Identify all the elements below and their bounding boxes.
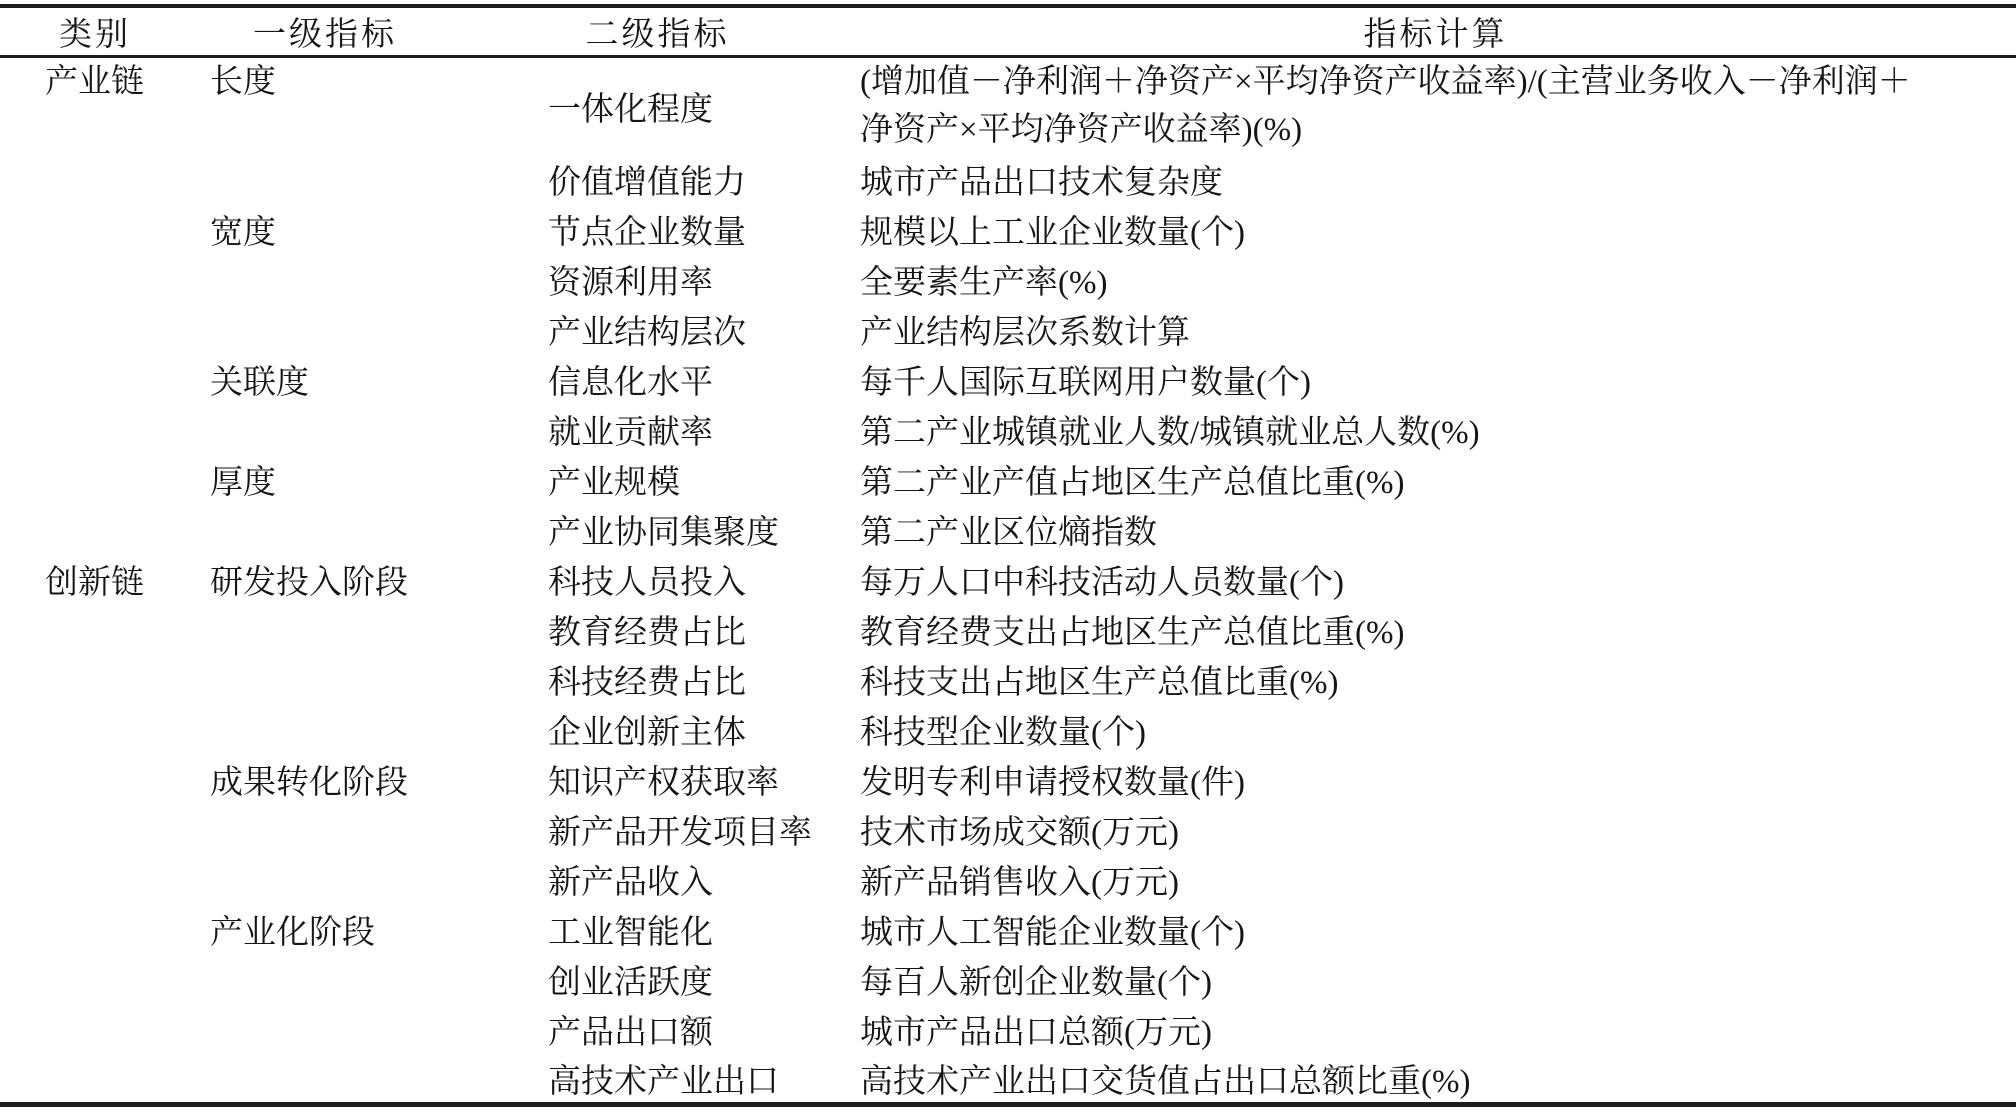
level2-cell: 产业规模 <box>460 455 855 505</box>
calculation-cell: 第二产业城镇就业人数/城镇就业总人数(%) <box>855 405 2016 455</box>
calculation-cell: 发明专利申请授权数量(件) <box>855 755 2016 805</box>
level2-cell: 价值增值能力 <box>460 155 855 205</box>
category-cell: 创新链 <box>0 555 190 605</box>
category-cell <box>0 855 190 905</box>
category-cell <box>0 305 190 355</box>
level2-cell: 节点企业数量 <box>460 205 855 255</box>
level1-cell <box>190 505 460 555</box>
category-cell <box>0 1005 190 1055</box>
category-cell <box>0 755 190 805</box>
table-row: 产业链 长度 一体化程度 (增加值－净利润＋净资产×平均净资产收益率)/(主营业… <box>0 57 2016 155</box>
level2-cell: 就业贡献率 <box>460 405 855 455</box>
category-cell <box>0 255 190 305</box>
level1-cell: 关联度 <box>190 355 460 405</box>
calculation-cell: 高技术产业出口交货值占出口总额比重(%) <box>855 1055 2016 1105</box>
level1-cell <box>190 805 460 855</box>
table-row: 创新链 研发投入阶段 科技人员投入 每万人口中科技活动人员数量(个) <box>0 555 2016 605</box>
calculation-cell: 第二产业产值占地区生产总值比重(%) <box>855 455 2016 505</box>
level1-cell <box>190 1055 460 1105</box>
table-row: 资源利用率 全要素生产率(%) <box>0 255 2016 305</box>
calculation-cell: 城市产品出口技术复杂度 <box>855 155 2016 205</box>
level1-cell <box>190 255 460 305</box>
category-cell <box>0 405 190 455</box>
category-cell <box>0 1055 190 1105</box>
calculation-cell: 技术市场成交额(万元) <box>855 805 2016 855</box>
calculation-cell: 科技型企业数量(个) <box>855 705 2016 755</box>
table-row: 企业创新主体 科技型企业数量(个) <box>0 705 2016 755</box>
category-cell <box>0 705 190 755</box>
calculation-cell: 每千人国际互联网用户数量(个) <box>855 355 2016 405</box>
category-cell <box>0 155 190 205</box>
level1-cell <box>190 305 460 355</box>
level2-cell: 产业结构层次 <box>460 305 855 355</box>
level2-cell: 科技人员投入 <box>460 555 855 605</box>
category-cell <box>0 455 190 505</box>
header-category: 类别 <box>0 6 190 57</box>
table-row: 厚度 产业规模 第二产业产值占地区生产总值比重(%) <box>0 455 2016 505</box>
table-body: 产业链 长度 一体化程度 (增加值－净利润＋净资产×平均净资产收益率)/(主营业… <box>0 57 2016 1105</box>
table-row: 价值增值能力 城市产品出口技术复杂度 <box>0 155 2016 205</box>
level1-cell: 厚度 <box>190 455 460 505</box>
calculation-cell: 科技支出占地区生产总值比重(%) <box>855 655 2016 705</box>
level1-cell <box>190 655 460 705</box>
level2-cell: 高技术产业出口 <box>460 1055 855 1105</box>
level1-cell: 产业化阶段 <box>190 905 460 955</box>
calculation-cell: 教育经费支出占地区生产总值比重(%) <box>855 605 2016 655</box>
calculation-cell: 全要素生产率(%) <box>855 255 2016 305</box>
category-cell <box>0 205 190 255</box>
calculation-cell: (增加值－净利润＋净资产×平均净资产收益率)/(主营业务收入－净利润＋ 净资产×… <box>855 57 2016 155</box>
level1-cell <box>190 955 460 1005</box>
header-level1: 一级指标 <box>190 6 460 57</box>
level2-cell: 科技经费占比 <box>460 655 855 705</box>
calculation-cell: 规模以上工业企业数量(个) <box>855 205 2016 255</box>
level2-cell: 工业智能化 <box>460 905 855 955</box>
level1-cell <box>190 605 460 655</box>
table-row: 产业协同集聚度 第二产业区位熵指数 <box>0 505 2016 555</box>
calculation-cell: 城市产品出口总额(万元) <box>855 1005 2016 1055</box>
table-row: 科技经费占比 科技支出占地区生产总值比重(%) <box>0 655 2016 705</box>
level2-cell: 资源利用率 <box>460 255 855 305</box>
level2-cell: 信息化水平 <box>460 355 855 405</box>
level2-cell: 企业创新主体 <box>460 705 855 755</box>
table-row: 创业活跃度 每百人新创企业数量(个) <box>0 955 2016 1005</box>
table-row: 新产品开发项目率 技术市场成交额(万元) <box>0 805 2016 855</box>
calculation-cell: 新产品销售收入(万元) <box>855 855 2016 905</box>
level2-cell: 创业活跃度 <box>460 955 855 1005</box>
level2-cell: 教育经费占比 <box>460 605 855 655</box>
level1-cell: 成果转化阶段 <box>190 755 460 805</box>
table-row: 高技术产业出口 高技术产业出口交货值占出口总额比重(%) <box>0 1055 2016 1105</box>
calculation-cell: 每百人新创企业数量(个) <box>855 955 2016 1005</box>
table-row: 教育经费占比 教育经费支出占地区生产总值比重(%) <box>0 605 2016 655</box>
level1-cell: 研发投入阶段 <box>190 555 460 605</box>
category-cell <box>0 355 190 405</box>
level2-cell: 产业协同集聚度 <box>460 505 855 555</box>
table-row: 关联度 信息化水平 每千人国际互联网用户数量(个) <box>0 355 2016 405</box>
level2-cell: 一体化程度 <box>460 57 855 155</box>
table-header: 类别 一级指标 二级指标 指标计算 <box>0 6 2016 57</box>
table-row: 宽度 节点企业数量 规模以上工业企业数量(个) <box>0 205 2016 255</box>
calculation-cell: 第二产业区位熵指数 <box>855 505 2016 555</box>
level2-cell: 产品出口额 <box>460 1005 855 1055</box>
category-cell: 产业链 <box>0 57 190 155</box>
level1-cell <box>190 855 460 905</box>
level1-cell <box>190 405 460 455</box>
level1-cell: 宽度 <box>190 205 460 255</box>
category-cell <box>0 505 190 555</box>
header-calculation: 指标计算 <box>855 6 2016 57</box>
header-row: 类别 一级指标 二级指标 指标计算 <box>0 6 2016 57</box>
table-row: 就业贡献率 第二产业城镇就业人数/城镇就业总人数(%) <box>0 405 2016 455</box>
category-cell <box>0 905 190 955</box>
level2-cell: 知识产权获取率 <box>460 755 855 805</box>
table-row: 成果转化阶段 知识产权获取率 发明专利申请授权数量(件) <box>0 755 2016 805</box>
header-level2: 二级指标 <box>460 6 855 57</box>
table-row: 产业结构层次 产业结构层次系数计算 <box>0 305 2016 355</box>
category-cell <box>0 955 190 1005</box>
calculation-cell: 城市人工智能企业数量(个) <box>855 905 2016 955</box>
level2-cell: 新产品收入 <box>460 855 855 905</box>
table-row: 新产品收入 新产品销售收入(万元) <box>0 855 2016 905</box>
category-cell <box>0 605 190 655</box>
level2-cell: 新产品开发项目率 <box>460 805 855 855</box>
table-row: 产品出口额 城市产品出口总额(万元) <box>0 1005 2016 1055</box>
calculation-cell: 产业结构层次系数计算 <box>855 305 2016 355</box>
level1-cell <box>190 705 460 755</box>
table-row: 产业化阶段 工业智能化 城市人工智能企业数量(个) <box>0 905 2016 955</box>
level1-cell <box>190 1005 460 1055</box>
level1-cell: 长度 <box>190 57 460 155</box>
category-cell <box>0 805 190 855</box>
category-cell <box>0 655 190 705</box>
calculation-cell: 每万人口中科技活动人员数量(个) <box>855 555 2016 605</box>
indicator-table: 类别 一级指标 二级指标 指标计算 产业链 长度 一体化程度 (增加值－净利润＋… <box>0 4 2016 1107</box>
level1-cell <box>190 155 460 205</box>
